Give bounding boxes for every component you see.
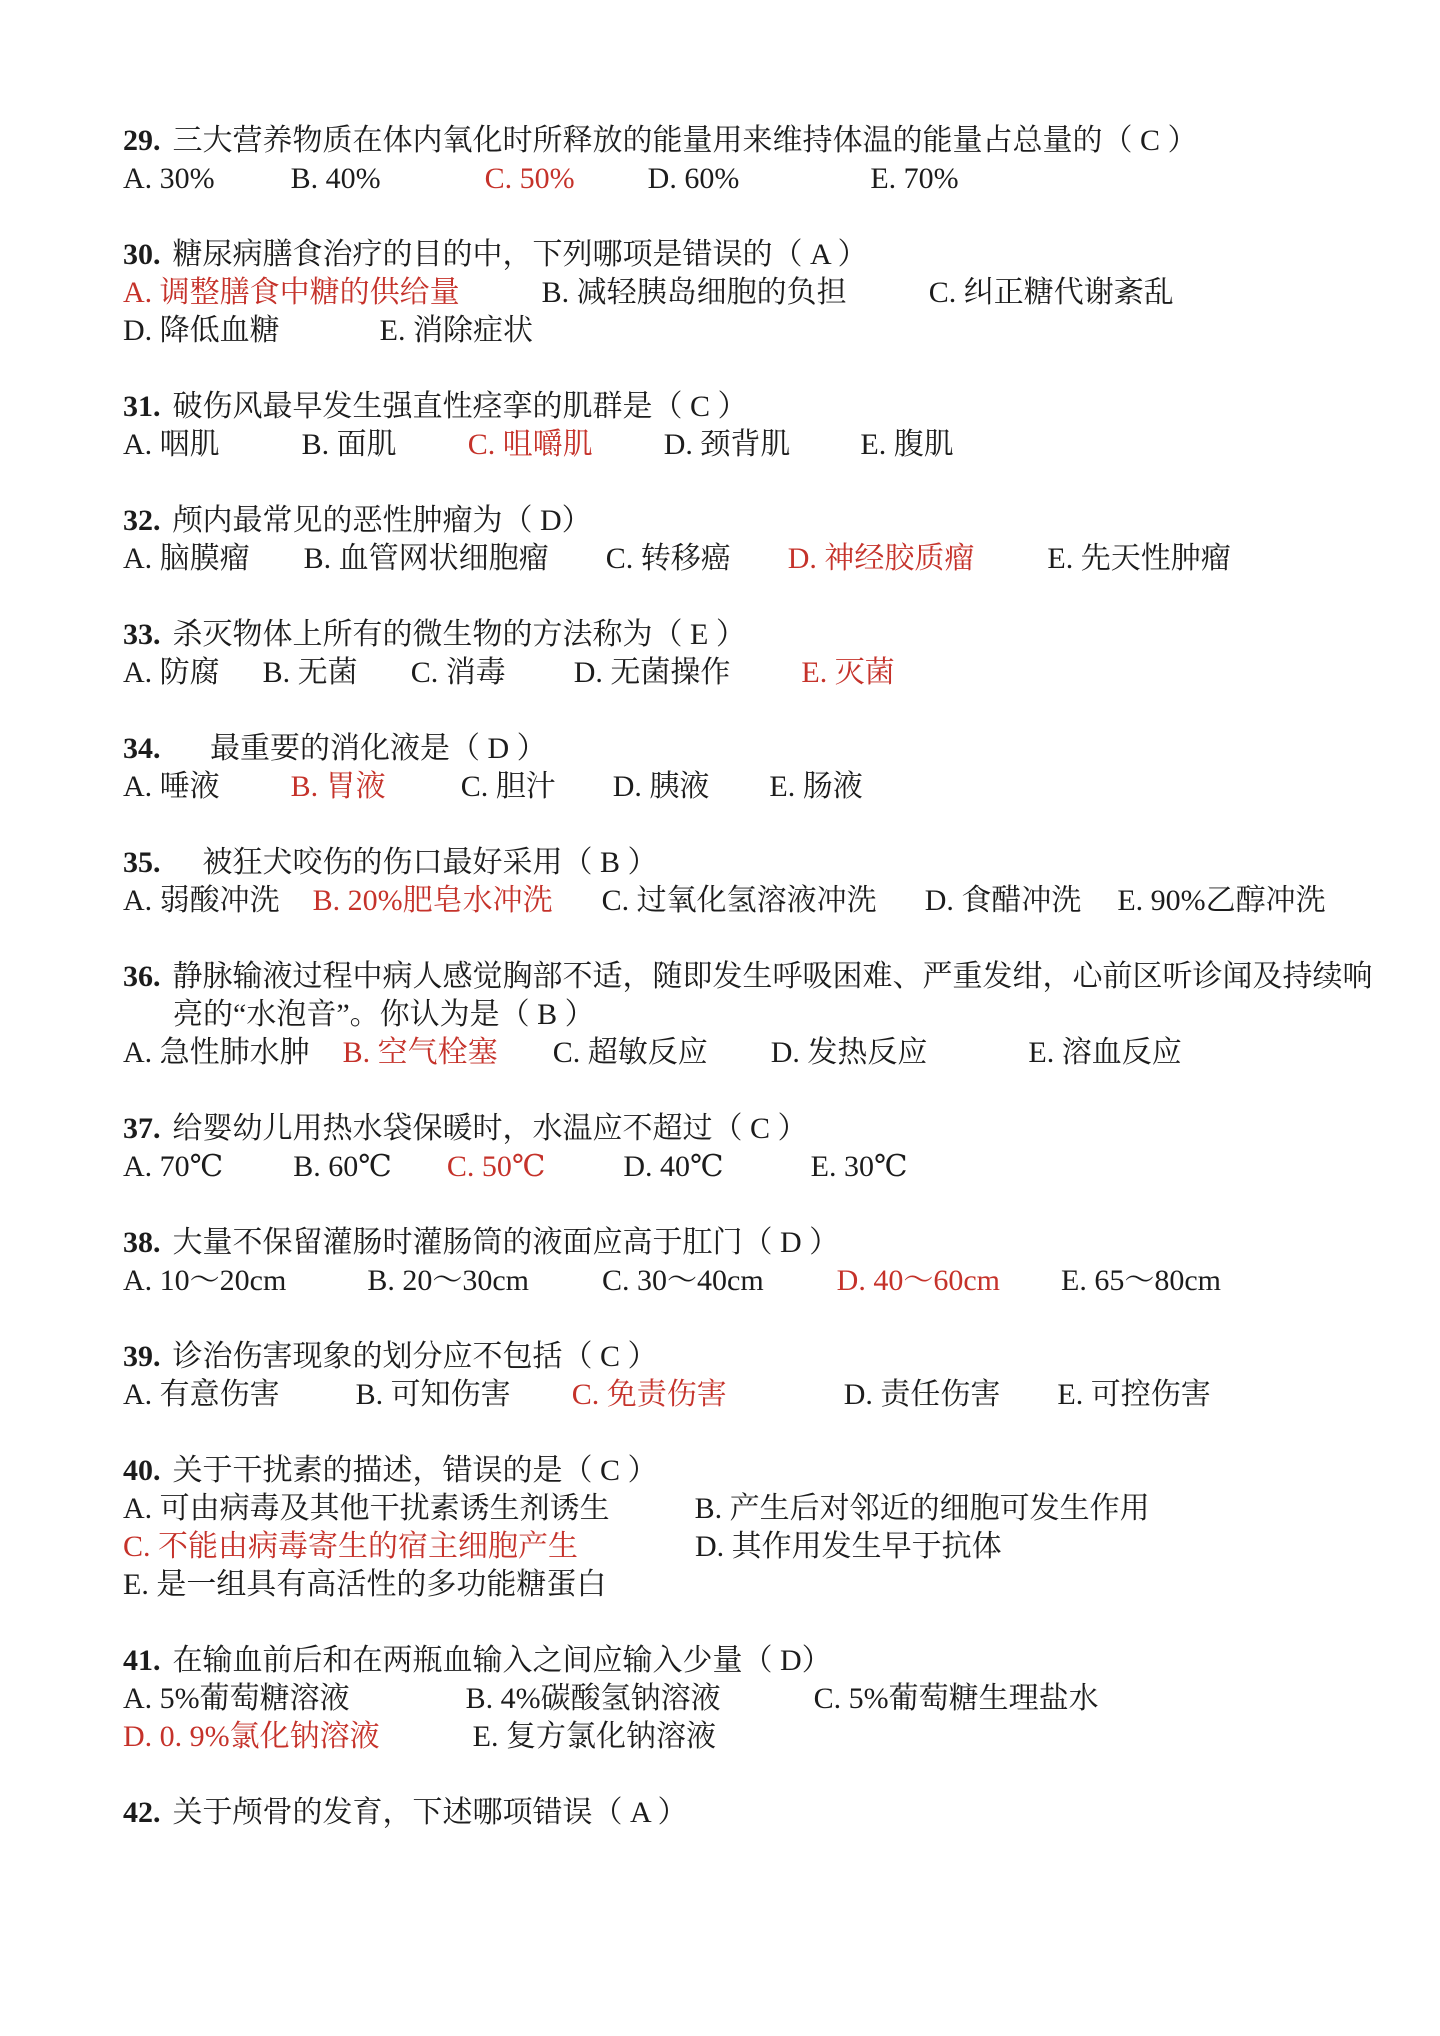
option-line: A. 唾液B. 胃液C. 胆汁D. 胰液E. 肠液 <box>123 768 1400 806</box>
question-title: 三大营养物质在体内氧化时所释放的能量用来维持体温的能量占总量的（ C ） <box>173 124 1198 157</box>
option-line: A. 调整膳食中糖的供给量B. 减轻胰岛细胞的负担C. 纠正糖代谢紊乱 <box>123 274 1400 312</box>
question-title: 静脉输液过程中病人感觉胸部不适，随即发生呼吸困难、严重发绀，心前区听诊闻及持续响 <box>173 960 1373 993</box>
option: A. 脑膜瘤 <box>123 540 250 578</box>
option: D. 颈背肌 <box>664 426 791 464</box>
option: E. 可控伤害 <box>1057 1376 1210 1414</box>
option-answer: C. 咀嚼肌 <box>468 426 593 464</box>
question-block: 41.在输血前后和在两瓶血输入之间应输入少量（ D）A. 5%葡萄糖溶液B. 4… <box>123 1642 1400 1756</box>
option-line: A. 防腐B. 无菌C. 消毒D. 无菌操作E. 灭菌 <box>123 654 1400 692</box>
option: A. 咽肌 <box>123 426 220 464</box>
option: C. 胆汁 <box>461 768 556 806</box>
question-title: 被狂犬咬伤的伤口最好采用（ B ） <box>173 846 658 879</box>
question-title-line: 42.关于颅骨的发育，下述哪项错误（ A ） <box>123 1794 1400 1832</box>
question-title: 给婴幼儿用热水袋保暖时，水温应不超过（ C ） <box>173 1112 808 1145</box>
question-title-line: 35. 被狂犬咬伤的伤口最好采用（ B ） <box>123 844 1400 882</box>
option: B. 40% <box>291 160 381 198</box>
question-title: 关于颅骨的发育，下述哪项错误（ A ） <box>173 1796 688 1829</box>
question-title-line: 31.破伤风最早发生强直性痉挛的肌群是（ C ） <box>123 388 1400 426</box>
option-line: A. 脑膜瘤B. 血管网状细胞瘤C. 转移癌D. 神经胶质瘤E. 先天性肿瘤 <box>123 540 1400 578</box>
question-block: 39.诊治伤害现象的划分应不包括（ C ）A. 有意伤害B. 可知伤害C. 免责… <box>123 1338 1400 1414</box>
option-line: A. 30%B. 40%C. 50%D. 60%E. 70% <box>123 160 1400 198</box>
option: E. 消除症状 <box>380 312 533 350</box>
option: B. 20～30cm <box>367 1262 529 1300</box>
option-line: A. 10～20cmB. 20～30cmC. 30～40cmD. 40～60cm… <box>123 1262 1400 1300</box>
question-block: 37.给婴幼儿用热水袋保暖时，水温应不超过（ C ）A. 70℃B. 60℃C.… <box>123 1110 1400 1186</box>
option-line: C. 不能由病毒寄生的宿主细胞产生D. 其作用发生早于抗体 <box>123 1528 1400 1566</box>
option: A. 5%葡萄糖溶液 <box>123 1680 350 1718</box>
option: D. 胰液 <box>613 768 710 806</box>
question-title: 颅内最常见的恶性肿瘤为（ D） <box>173 504 592 537</box>
question-title: 在输血前后和在两瓶血输入之间应输入少量（ D） <box>173 1644 832 1677</box>
option-line: A. 咽肌B. 面肌C. 咀嚼肌D. 颈背肌E. 腹肌 <box>123 426 1400 464</box>
option: E. 复方氯化钠溶液 <box>473 1718 716 1756</box>
question-title-line: 36.静脉输液过程中病人感觉胸部不适，随即发生呼吸困难、严重发绀，心前区听诊闻及… <box>123 958 1400 996</box>
option-answer: E. 灭菌 <box>801 654 894 692</box>
option: D. 发热反应 <box>771 1034 928 1072</box>
question-block: 33.杀灭物体上所有的微生物的方法称为（ E ）A. 防腐B. 无菌C. 消毒D… <box>123 616 1400 692</box>
option: D. 责任伤害 <box>844 1376 1001 1414</box>
document-page: 29.三大营养物质在体内氧化时所释放的能量用来维持体温的能量占总量的（ C ）A… <box>0 0 1440 1832</box>
option: A. 弱酸冲洗 <box>123 882 280 920</box>
option: A. 可由病毒及其他干扰素诱生剂诱生 <box>123 1490 610 1528</box>
option: B. 可知伤害 <box>356 1376 511 1414</box>
option: B. 减轻胰岛细胞的负担 <box>542 274 847 312</box>
option: E. 65～80cm <box>1061 1262 1221 1300</box>
option: E. 肠液 <box>769 768 862 806</box>
question-title-line: 33.杀灭物体上所有的微生物的方法称为（ E ） <box>123 616 1400 654</box>
question-number: 30. <box>123 238 161 271</box>
option: D. 食醋冲洗 <box>925 882 1082 920</box>
option: E. 溶血反应 <box>1028 1034 1181 1072</box>
option-answer: A. 调整膳食中糖的供给量 <box>123 274 460 312</box>
option: B. 60℃ <box>293 1148 392 1186</box>
question-block: 40.关于干扰素的描述，错误的是（ C ）A. 可由病毒及其他干扰素诱生剂诱生B… <box>123 1452 1400 1604</box>
option: A. 70℃ <box>123 1148 223 1186</box>
option: B. 4%碳酸氢钠溶液 <box>466 1680 721 1718</box>
option-line: D. 降低血糖E. 消除症状 <box>123 312 1400 350</box>
option: E. 腹肌 <box>860 426 953 464</box>
option: A. 防腐 <box>123 654 220 692</box>
question-title: 关于干扰素的描述，错误的是（ C ） <box>173 1454 658 1487</box>
question-title-line: 34. 最重要的消化液是（ D ） <box>123 730 1400 768</box>
option: A. 唾液 <box>123 768 220 806</box>
question-title: 诊治伤害现象的划分应不包括（ C ） <box>173 1340 658 1373</box>
question-title-line: 29.三大营养物质在体内氧化时所释放的能量用来维持体温的能量占总量的（ C ） <box>123 122 1400 160</box>
option-line: D. 0. 9%氯化钠溶液E. 复方氯化钠溶液 <box>123 1718 1400 1756</box>
question-block: 35. 被狂犬咬伤的伤口最好采用（ B ）A. 弱酸冲洗B. 20%肥皂水冲洗C… <box>123 844 1400 920</box>
question-title: 糖尿病膳食治疗的目的中，下列哪项是错误的（ A ） <box>173 238 868 271</box>
option-answer: D. 神经胶质瘤 <box>788 540 975 578</box>
question-number: 38. <box>123 1226 161 1259</box>
option: E. 30℃ <box>811 1148 908 1186</box>
question-title: 大量不保留灌肠时灌肠筒的液面应高于肛门（ D ） <box>173 1226 840 1259</box>
question-title: 最重要的消化液是（ D ） <box>173 732 547 765</box>
question-number: 31. <box>123 390 161 423</box>
option-answer: B. 胃液 <box>291 768 386 806</box>
option: B. 无菌 <box>263 654 358 692</box>
option: C. 5%葡萄糖生理盐水 <box>814 1680 1099 1718</box>
question-number: 39. <box>123 1340 161 1373</box>
option: B. 血管网状细胞瘤 <box>304 540 549 578</box>
option-line: A. 急性肺水肿B. 空气栓塞C. 超敏反应D. 发热反应E. 溶血反应 <box>123 1034 1400 1072</box>
question-number: 29. <box>123 124 161 157</box>
option-answer: B. 空气栓塞 <box>343 1034 498 1072</box>
option-answer: C. 50% <box>485 160 575 198</box>
question-title: 亮的“水泡音”。你认为是（ B ） <box>173 998 595 1031</box>
question-block: 38.大量不保留灌肠时灌肠筒的液面应高于肛门（ D ）A. 10～20cmB. … <box>123 1224 1400 1300</box>
option-answer: C. 不能由病毒寄生的宿主细胞产生 <box>123 1528 578 1566</box>
option: D. 60% <box>648 160 740 198</box>
question-number: 33. <box>123 618 161 651</box>
option: E. 90%乙醇冲洗 <box>1117 882 1325 920</box>
option: C. 消毒 <box>411 654 506 692</box>
option: C. 超敏反应 <box>553 1034 708 1072</box>
option: E. 先天性肿瘤 <box>1047 540 1230 578</box>
option: C. 转移癌 <box>606 540 731 578</box>
option: A. 有意伤害 <box>123 1376 280 1414</box>
question-number: 37. <box>123 1112 161 1145</box>
option-answer: D. 0. 9%氯化钠溶液 <box>123 1718 380 1756</box>
question-title-line: 亮的“水泡音”。你认为是（ B ） <box>123 996 1400 1034</box>
question-block: 42.关于颅骨的发育，下述哪项错误（ A ） <box>123 1794 1400 1832</box>
question-title-line: 32.颅内最常见的恶性肿瘤为（ D） <box>123 502 1400 540</box>
option-answer: C. 50℃ <box>447 1148 546 1186</box>
option: C. 纠正糖代谢紊乱 <box>929 274 1174 312</box>
option: D. 40℃ <box>623 1148 723 1186</box>
option: A. 10～20cm <box>123 1262 286 1300</box>
option: D. 无菌操作 <box>574 654 731 692</box>
option: E. 是一组具有高活性的多功能糖蛋白 <box>123 1566 606 1604</box>
question-title: 破伤风最早发生强直性痉挛的肌群是（ C ） <box>173 390 748 423</box>
option-answer: D. 40～60cm <box>837 1262 1000 1300</box>
option: C. 30～40cm <box>602 1262 764 1300</box>
option: E. 70% <box>870 160 958 198</box>
question-block: 36.静脉输液过程中病人感觉胸部不适，随即发生呼吸困难、严重发绀，心前区听诊闻及… <box>123 958 1400 1072</box>
question-title-line: 41.在输血前后和在两瓶血输入之间应输入少量（ D） <box>123 1642 1400 1680</box>
question-number: 41. <box>123 1644 161 1677</box>
question-title-line: 37.给婴幼儿用热水袋保暖时，水温应不超过（ C ） <box>123 1110 1400 1148</box>
question-number: 42. <box>123 1796 161 1829</box>
option-answer: C. 免责伤害 <box>572 1376 727 1414</box>
question-block: 29.三大营养物质在体内氧化时所释放的能量用来维持体温的能量占总量的（ C ）A… <box>123 122 1400 198</box>
option-line: A. 可由病毒及其他干扰素诱生剂诱生B. 产生后对邻近的细胞可发生作用 <box>123 1490 1400 1528</box>
option: D. 降低血糖 <box>123 312 280 350</box>
question-block: 31.破伤风最早发生强直性痉挛的肌群是（ C ）A. 咽肌B. 面肌C. 咀嚼肌… <box>123 388 1400 464</box>
question-number: 32. <box>123 504 161 537</box>
option-answer: B. 20%肥皂水冲洗 <box>313 882 553 920</box>
question-title-line: 40.关于干扰素的描述，错误的是（ C ） <box>123 1452 1400 1490</box>
question-number: 35. <box>123 846 161 879</box>
question-block: 34. 最重要的消化液是（ D ）A. 唾液B. 胃液C. 胆汁D. 胰液E. … <box>123 730 1400 806</box>
question-title: 杀灭物体上所有的微生物的方法称为（ E ） <box>173 618 746 651</box>
option-line: A. 有意伤害B. 可知伤害C. 免责伤害D. 责任伤害E. 可控伤害 <box>123 1376 1400 1414</box>
question-number: 40. <box>123 1454 161 1487</box>
question-title-line: 30.糖尿病膳食治疗的目的中，下列哪项是错误的（ A ） <box>123 236 1400 274</box>
option-line: E. 是一组具有高活性的多功能糖蛋白 <box>123 1566 1400 1604</box>
option-line: A. 70℃B. 60℃C. 50℃D. 40℃E. 30℃ <box>123 1148 1400 1186</box>
option-line: A. 弱酸冲洗B. 20%肥皂水冲洗C. 过氧化氢溶液冲洗D. 食醋冲洗E. 9… <box>123 882 1400 920</box>
option: B. 面肌 <box>302 426 397 464</box>
option: D. 其作用发生早于抗体 <box>695 1528 1002 1566</box>
question-title-line: 39.诊治伤害现象的划分应不包括（ C ） <box>123 1338 1400 1376</box>
question-block: 32.颅内最常见的恶性肿瘤为（ D）A. 脑膜瘤B. 血管网状细胞瘤C. 转移癌… <box>123 502 1400 578</box>
option: C. 过氧化氢溶液冲洗 <box>602 882 877 920</box>
option: B. 产生后对邻近的细胞可发生作用 <box>695 1490 1150 1528</box>
option: A. 急性肺水肿 <box>123 1034 310 1072</box>
question-number: 36. <box>123 960 161 993</box>
question-number: 34. <box>123 732 161 765</box>
option-line: A. 5%葡萄糖溶液B. 4%碳酸氢钠溶液C. 5%葡萄糖生理盐水 <box>123 1680 1400 1718</box>
question-title-line: 38.大量不保留灌肠时灌肠筒的液面应高于肛门（ D ） <box>123 1224 1400 1262</box>
question-block: 30.糖尿病膳食治疗的目的中，下列哪项是错误的（ A ）A. 调整膳食中糖的供给… <box>123 236 1400 350</box>
option: A. 30% <box>123 160 215 198</box>
